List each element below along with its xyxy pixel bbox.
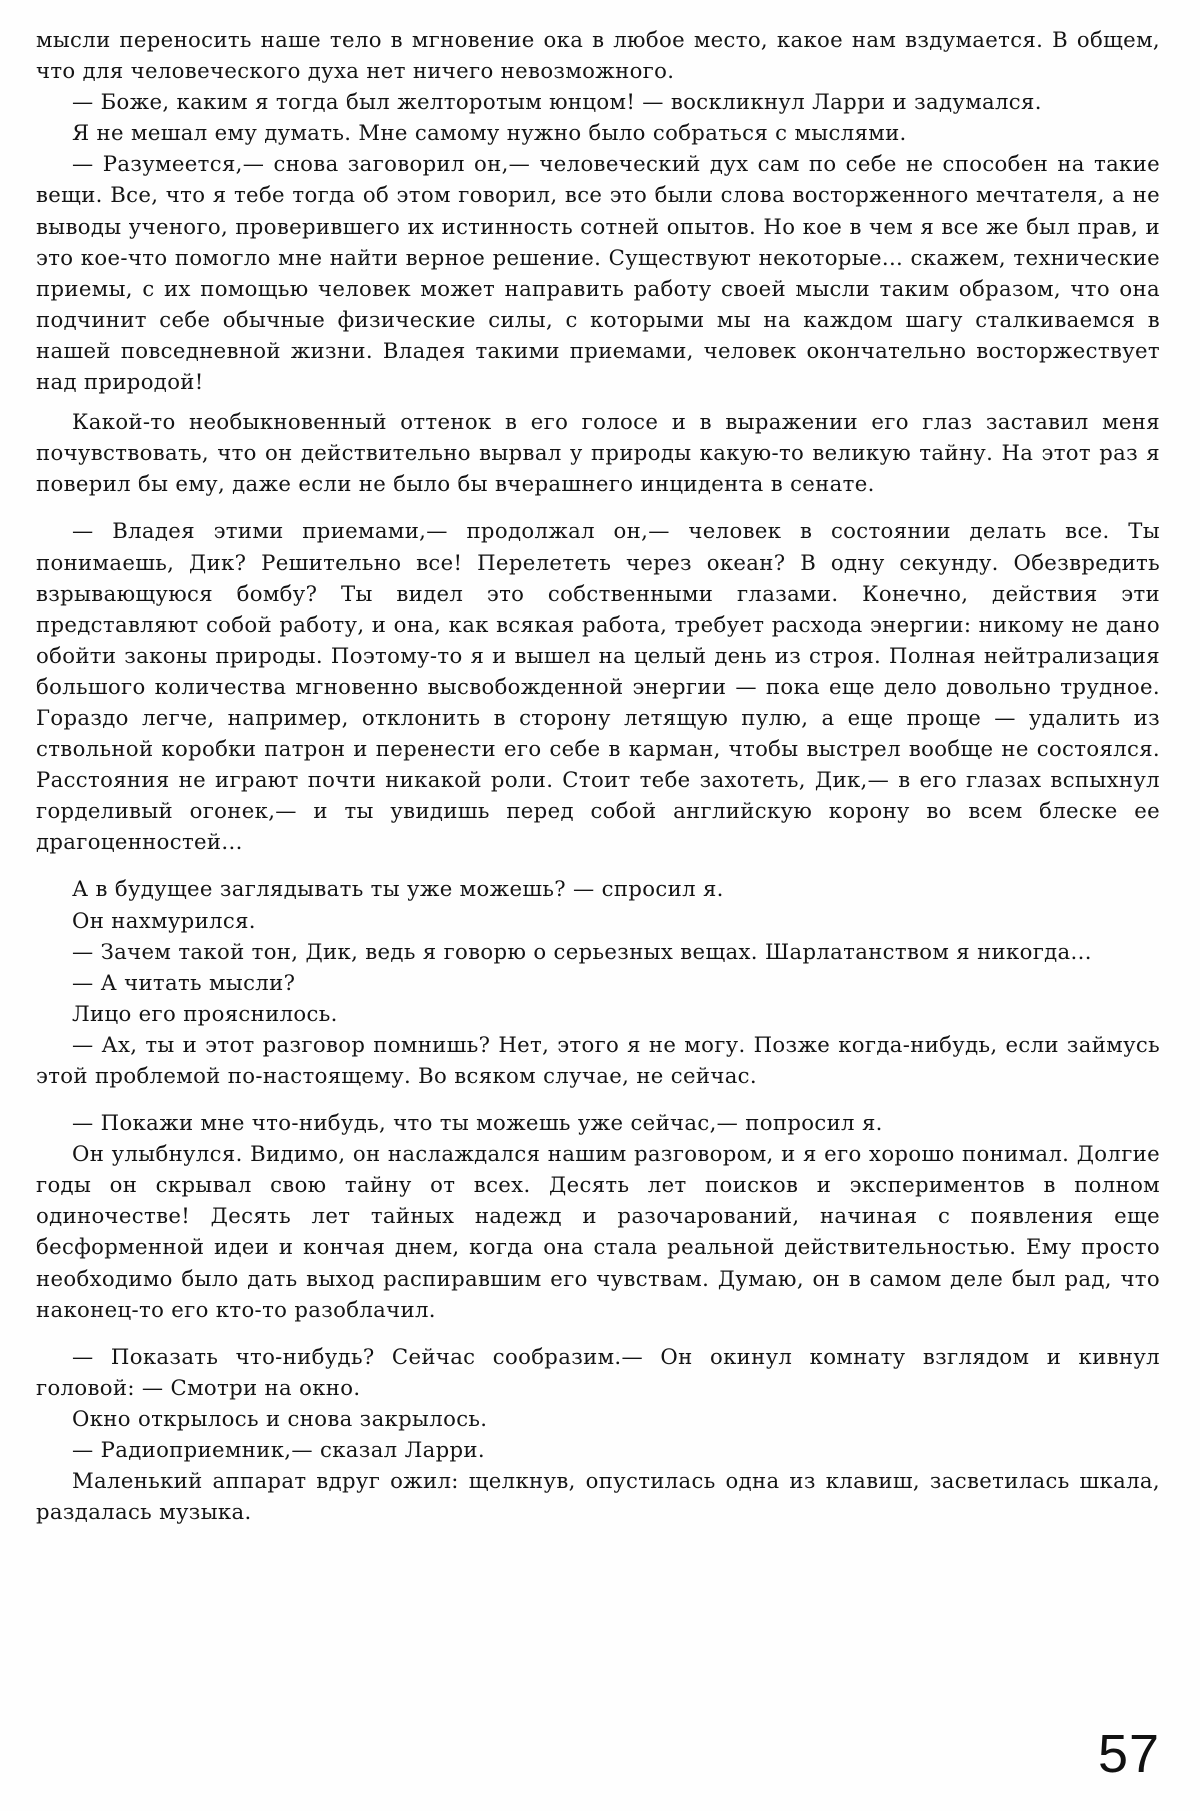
paragraph: Я не мешал ему думать. Мне самому нужно … (36, 117, 1160, 148)
page-number: 57 (1098, 1727, 1160, 1781)
paragraph: Лицо его прояснилось. (36, 998, 1160, 1029)
paragraph: — Разумеется,— снова заговорил он,— чело… (36, 148, 1160, 397)
paragraph: Маленький аппарат вдруг ожил: щелкнув, о… (36, 1465, 1160, 1527)
paragraph: — Показать что-нибудь? Сейчас сообразим.… (36, 1341, 1160, 1403)
paragraph: Он улыбнулся. Видимо, он наслаждался наш… (36, 1138, 1160, 1325)
paragraph: — Радиоприемник,— сказал Ларри. (36, 1434, 1160, 1465)
paragraph: — А читать мысли? (36, 967, 1160, 998)
paragraph: А в будущее заглядывать ты уже можешь? —… (36, 873, 1160, 904)
paragraph: Он нахмурился. (36, 905, 1160, 936)
paragraph: — Покажи мне что-нибудь, что ты можешь у… (36, 1107, 1160, 1138)
paragraph: Какой-то необыкновенный оттенок в его го… (36, 406, 1160, 499)
paragraph: мысли переносить наше тело в мгновение о… (36, 24, 1160, 86)
paragraph: — Владея этими приемами,— продолжал он,—… (36, 515, 1160, 857)
paragraph: — Зачем такой тон, Дик, ведь я говорю о … (36, 936, 1160, 967)
paragraph: Окно открылось и снова закрылось. (36, 1403, 1160, 1434)
paragraph: — Ах, ты и этот разговор помнишь? Нет, э… (36, 1029, 1160, 1091)
book-page-text: мысли переносить наше тело в мгновение о… (36, 24, 1160, 1527)
paragraph: — Боже, каким я тогда был желторотым юнц… (36, 86, 1160, 117)
